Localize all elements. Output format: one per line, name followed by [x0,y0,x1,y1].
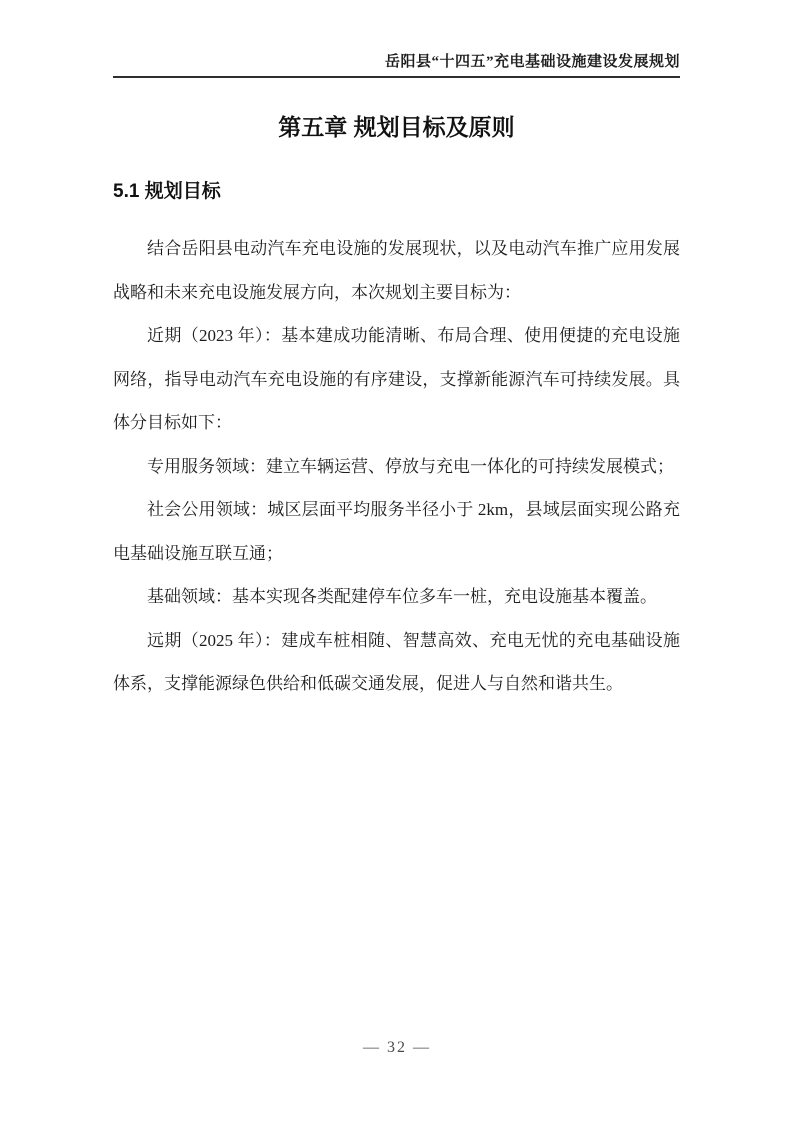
paragraph-basic-goal: 基础领域：基本实现各类配建停车位多车一桩，充电设施基本覆盖。 [113,575,680,619]
running-header-title: 岳阳县“十四五”充电基础设施建设发展规划 [113,52,680,72]
page-header: 岳阳县“十四五”充电基础设施建设发展规划 [113,52,680,78]
chapter-title: 第五章 规划目标及原则 [113,112,680,142]
document-body: 第五章 规划目标及原则 5.1 规划目标 结合岳阳县电动汽车充电设施的发展现状，… [113,112,680,706]
paragraph-block: 结合岳阳县电动汽车充电设施的发展现状，以及电动汽车推广应用发展战略和未来充电设施… [113,227,680,706]
section-heading: 5.1 规划目标 [113,179,680,204]
paragraph-public-service-goal: 社会公用领域：城区层面平均服务半径小于 2km，县域层面实现公路充电基础设施互联… [113,488,680,575]
paragraph-long-term-goal: 远期（2025 年）：建成车桩相随、智慧高效、充电无忧的充电基础设施体系，支撑能… [113,619,680,706]
page-number: — 32 — [363,1039,431,1056]
document-page: 岳阳县“十四五”充电基础设施建设发展规划 第五章 规划目标及原则 5.1 规划目… [0,0,794,1122]
page-footer: — 32 — [0,1038,794,1058]
paragraph-dedicated-service-goal: 专用服务领域：建立车辆运营、停放与充电一体化的可持续发展模式； [113,445,680,489]
header-rule [113,76,680,78]
paragraph-intro: 结合岳阳县电动汽车充电设施的发展现状，以及电动汽车推广应用发展战略和未来充电设施… [113,227,680,314]
paragraph-near-term-goal: 近期（2023 年）：基本建成功能清晰、布局合理、使用便捷的充电设施网络，指导电… [113,314,680,445]
